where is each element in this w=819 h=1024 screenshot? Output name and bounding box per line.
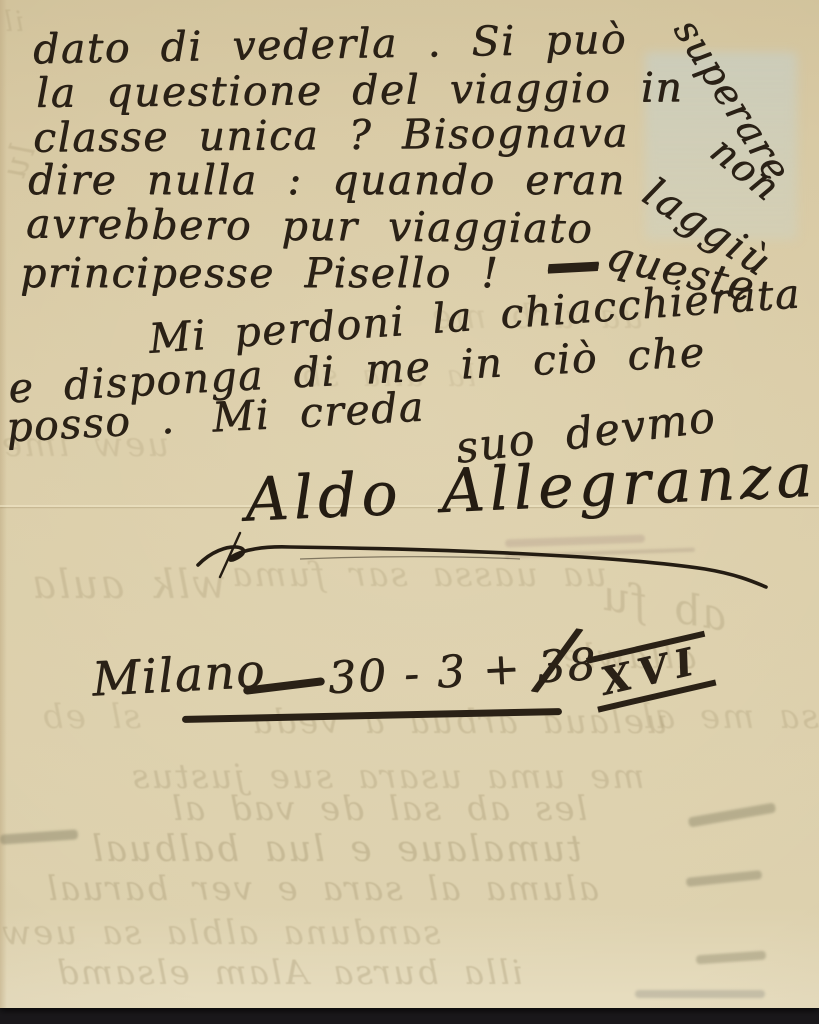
handwriting-line-2: la questione del viaggio in [36, 67, 684, 114]
bleed-through-text: sanduna albla sa uew [0, 916, 441, 950]
handwriting-line-5: avrebbero pur viaggiato [26, 204, 594, 250]
handwriting-line-6: principesse Pisello ! [20, 253, 499, 294]
bleed-through-text: tumalaue e lua balbual [90, 832, 582, 868]
bleed-through-text: les ab sal de vad al [170, 792, 587, 826]
manuscript-photo: il lu ua urb me la alla sb uew ime wlk a… [0, 0, 819, 1024]
ink-smudge [635, 990, 765, 998]
handwriting-line-4: dire nulla : quando eran [28, 160, 626, 201]
bleed-through-text: aluma al sara e ver barual [45, 872, 599, 906]
handwriting-line-9-start: posso . [5, 399, 176, 449]
dateline-place: Milano [91, 647, 267, 703]
handwriting-line-9-mid: Mi creda [211, 386, 426, 438]
bleed-through-text: illa bursa Alam elsamd [55, 956, 523, 990]
handwriting-line-3: classe unica ? Bisognava [33, 112, 629, 158]
handwriting-line-1: dato di vederla . Si può [33, 19, 628, 70]
bleed-through-text: il [2, 8, 24, 36]
signature-flourish [180, 525, 780, 595]
